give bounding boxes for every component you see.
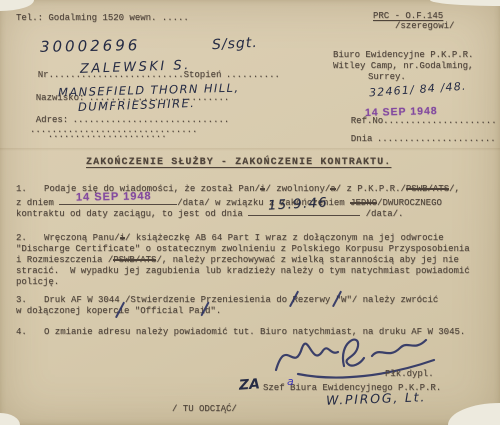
telephone-line: Tel.: Godalming 1520 wewn. ..... [16, 13, 189, 23]
dnia-dotted-line: ...................... [377, 134, 496, 144]
form-code: PRC - O.F.145 [373, 11, 454, 21]
struck-text: PSWB/ATS [406, 184, 449, 194]
scan-corner-top-left [0, 0, 34, 11]
date-stamp-header: 14 SEP 1948 [365, 105, 438, 119]
document-title: ZAKOŃCZENIE SŁUŻBY - ZAKOŃCZENIE KONTRAK… [86, 157, 391, 168]
hw-rank: S/sgt. [212, 35, 259, 53]
para-3-line-1: 3.Druk AF W 3044 /Stwierdzenie Przeniesi… [16, 295, 438, 305]
signer-rank: Płk.dypl. [385, 369, 434, 379]
office-county: Surrey. [368, 72, 406, 82]
hw-surname: ZALEWSKI S. [80, 58, 191, 77]
rank-dotted-line: .......... [226, 70, 280, 80]
scanned-document: Tel.: Godalming 1520 wewn. ..... Nr.....… [0, 0, 500, 425]
para-4-number: 4. [16, 327, 44, 337]
hw-letter-insert: a [287, 375, 294, 388]
para-2-line-2: "Discharge Certificate" o ostatecznym zw… [16, 244, 470, 254]
hw-ref-number: 32461/ 84 /48. [369, 80, 467, 100]
struck-text: a [330, 184, 335, 194]
para-2-line-1: 2.Wręczoną Panu/i/ książeczkę AB 64 Part… [16, 233, 444, 243]
address-dotted-line-3: ............................... [30, 125, 197, 135]
para-2-line-5: policję. [16, 277, 59, 287]
office-name: Biuro Ewidencyjne P.K.P.R. [333, 50, 473, 60]
para-2-line-4: stracić. W wypadku jej zagubienia lub kr… [16, 266, 470, 276]
scan-corner-top-right [430, 0, 500, 6]
form-code-block: PRC - O.F.145 /szeregowi/ [373, 11, 454, 31]
hw-contract-date: 15.9.46 [268, 195, 329, 213]
hw-za-annotation: ZA [238, 376, 260, 393]
form-class-label: /szeregowi/ [395, 21, 454, 31]
office-address: Witley Camp, nr.Godalming, [333, 61, 473, 71]
date-row: Dnia ...................... 14 SEP 1948 [333, 110, 496, 182]
date-stamp-body: 14 SEP 1948 [76, 190, 152, 203]
para-1-number: 1. [16, 184, 44, 194]
para-3-number: 3. [16, 295, 44, 305]
struck-text: i [120, 233, 125, 243]
hw-signer-name: W.PIROG, Lt. [326, 389, 427, 407]
scan-corner-bottom-right [448, 403, 500, 425]
scan-corner-bottom-left [0, 413, 20, 425]
para-2-number: 2. [16, 233, 44, 243]
para-2-line-3: i Rozmieszczenia /PSWB/ATS/, należy prze… [16, 255, 459, 265]
cut-here-line: / TU ODCIĄĆ/ [172, 404, 237, 414]
hw-service-number: 30002696 [40, 36, 141, 56]
struck-text: PSWB/ATS [113, 255, 156, 265]
struck-text: i [260, 184, 265, 194]
dnia-label: Dnia [351, 134, 373, 144]
